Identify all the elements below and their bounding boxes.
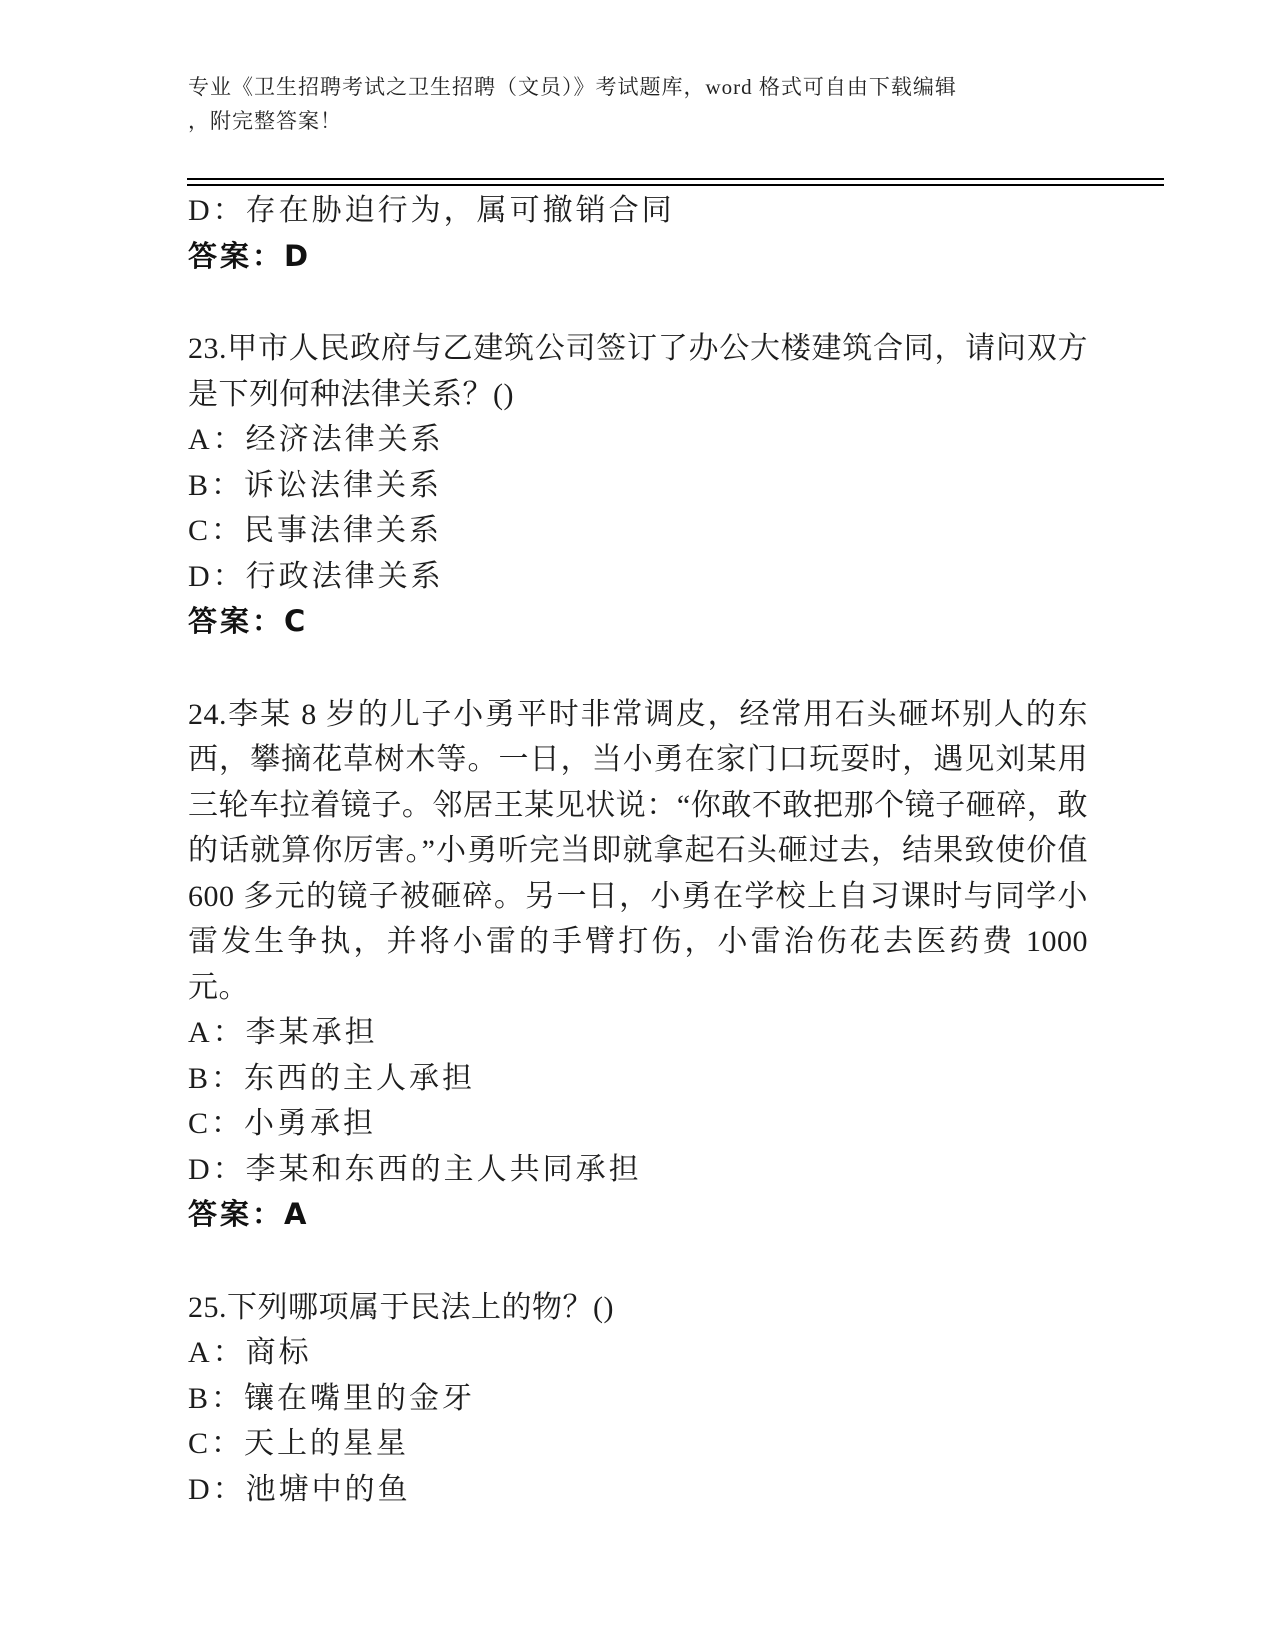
question-23-answer: 答案：C	[188, 599, 1088, 645]
question-24-option-c: C：小勇承担	[188, 1101, 1088, 1147]
document-header: 专业《卫生招聘考试之卫生招聘（文员）》考试题库，word 格式可自由下载编辑 ，…	[188, 70, 1164, 138]
page: 专业《卫生招聘考试之卫生招聘（文员）》考试题库，word 格式可自由下载编辑 ，…	[0, 0, 1275, 1650]
question-23-option-a: A：经济法律关系	[188, 417, 1088, 463]
question-23-option-d: D：行政法律关系	[188, 554, 1088, 600]
question-24-option-d: D：李某和东西的主人共同承担	[188, 1147, 1088, 1193]
question-25: 25.下列哪项属于民法上的物？() A：商标 B：镶在嘴里的金牙 C：天上的星星…	[188, 1285, 1088, 1513]
question-24-option-a: A：李某承担	[188, 1010, 1088, 1056]
question-25-option-a: A：商标	[188, 1330, 1088, 1376]
carryover-option-d: D：存在胁迫行为，属可撤销合同	[188, 188, 1088, 234]
carryover-answer: 答案：D	[188, 234, 1088, 280]
question-23-option-c: C：民事法律关系	[188, 508, 1088, 554]
question-24-stem: 24.李某 8 岁的儿子小勇平时非常调皮，经常用石头砸坏别人的东西，攀摘花草树木…	[188, 692, 1088, 1011]
question-23-stem: 23.甲市人民政府与乙建筑公司签订了办公大楼建筑合同，请问双方是下列何种法律关系…	[188, 326, 1088, 417]
header-line-2: ，附完整答案！	[188, 104, 1164, 138]
question-24: 24.李某 8 岁的儿子小勇平时非常调皮，经常用石头砸坏别人的东西，攀摘花草树木…	[188, 692, 1088, 1238]
question-25-stem: 25.下列哪项属于民法上的物？()	[188, 1285, 1088, 1331]
question-23-option-b: B：诉讼法律关系	[188, 463, 1088, 509]
header-divider	[187, 178, 1164, 186]
question-25-option-c: C：天上的星星	[188, 1421, 1088, 1467]
question-25-option-d: D：池塘中的鱼	[188, 1467, 1088, 1513]
question-25-option-b: B：镶在嘴里的金牙	[188, 1376, 1088, 1422]
question-24-option-b: B：东西的主人承担	[188, 1056, 1088, 1102]
document-body: D：存在胁迫行为，属可撤销合同 答案：D 23.甲市人民政府与乙建筑公司签订了办…	[188, 188, 1088, 1512]
question-23: 23.甲市人民政府与乙建筑公司签订了办公大楼建筑合同，请问双方是下列何种法律关系…	[188, 326, 1088, 645]
question-24-answer: 答案：A	[188, 1192, 1088, 1238]
header-line-1: 专业《卫生招聘考试之卫生招聘（文员）》考试题库，word 格式可自由下载编辑	[188, 70, 1164, 104]
